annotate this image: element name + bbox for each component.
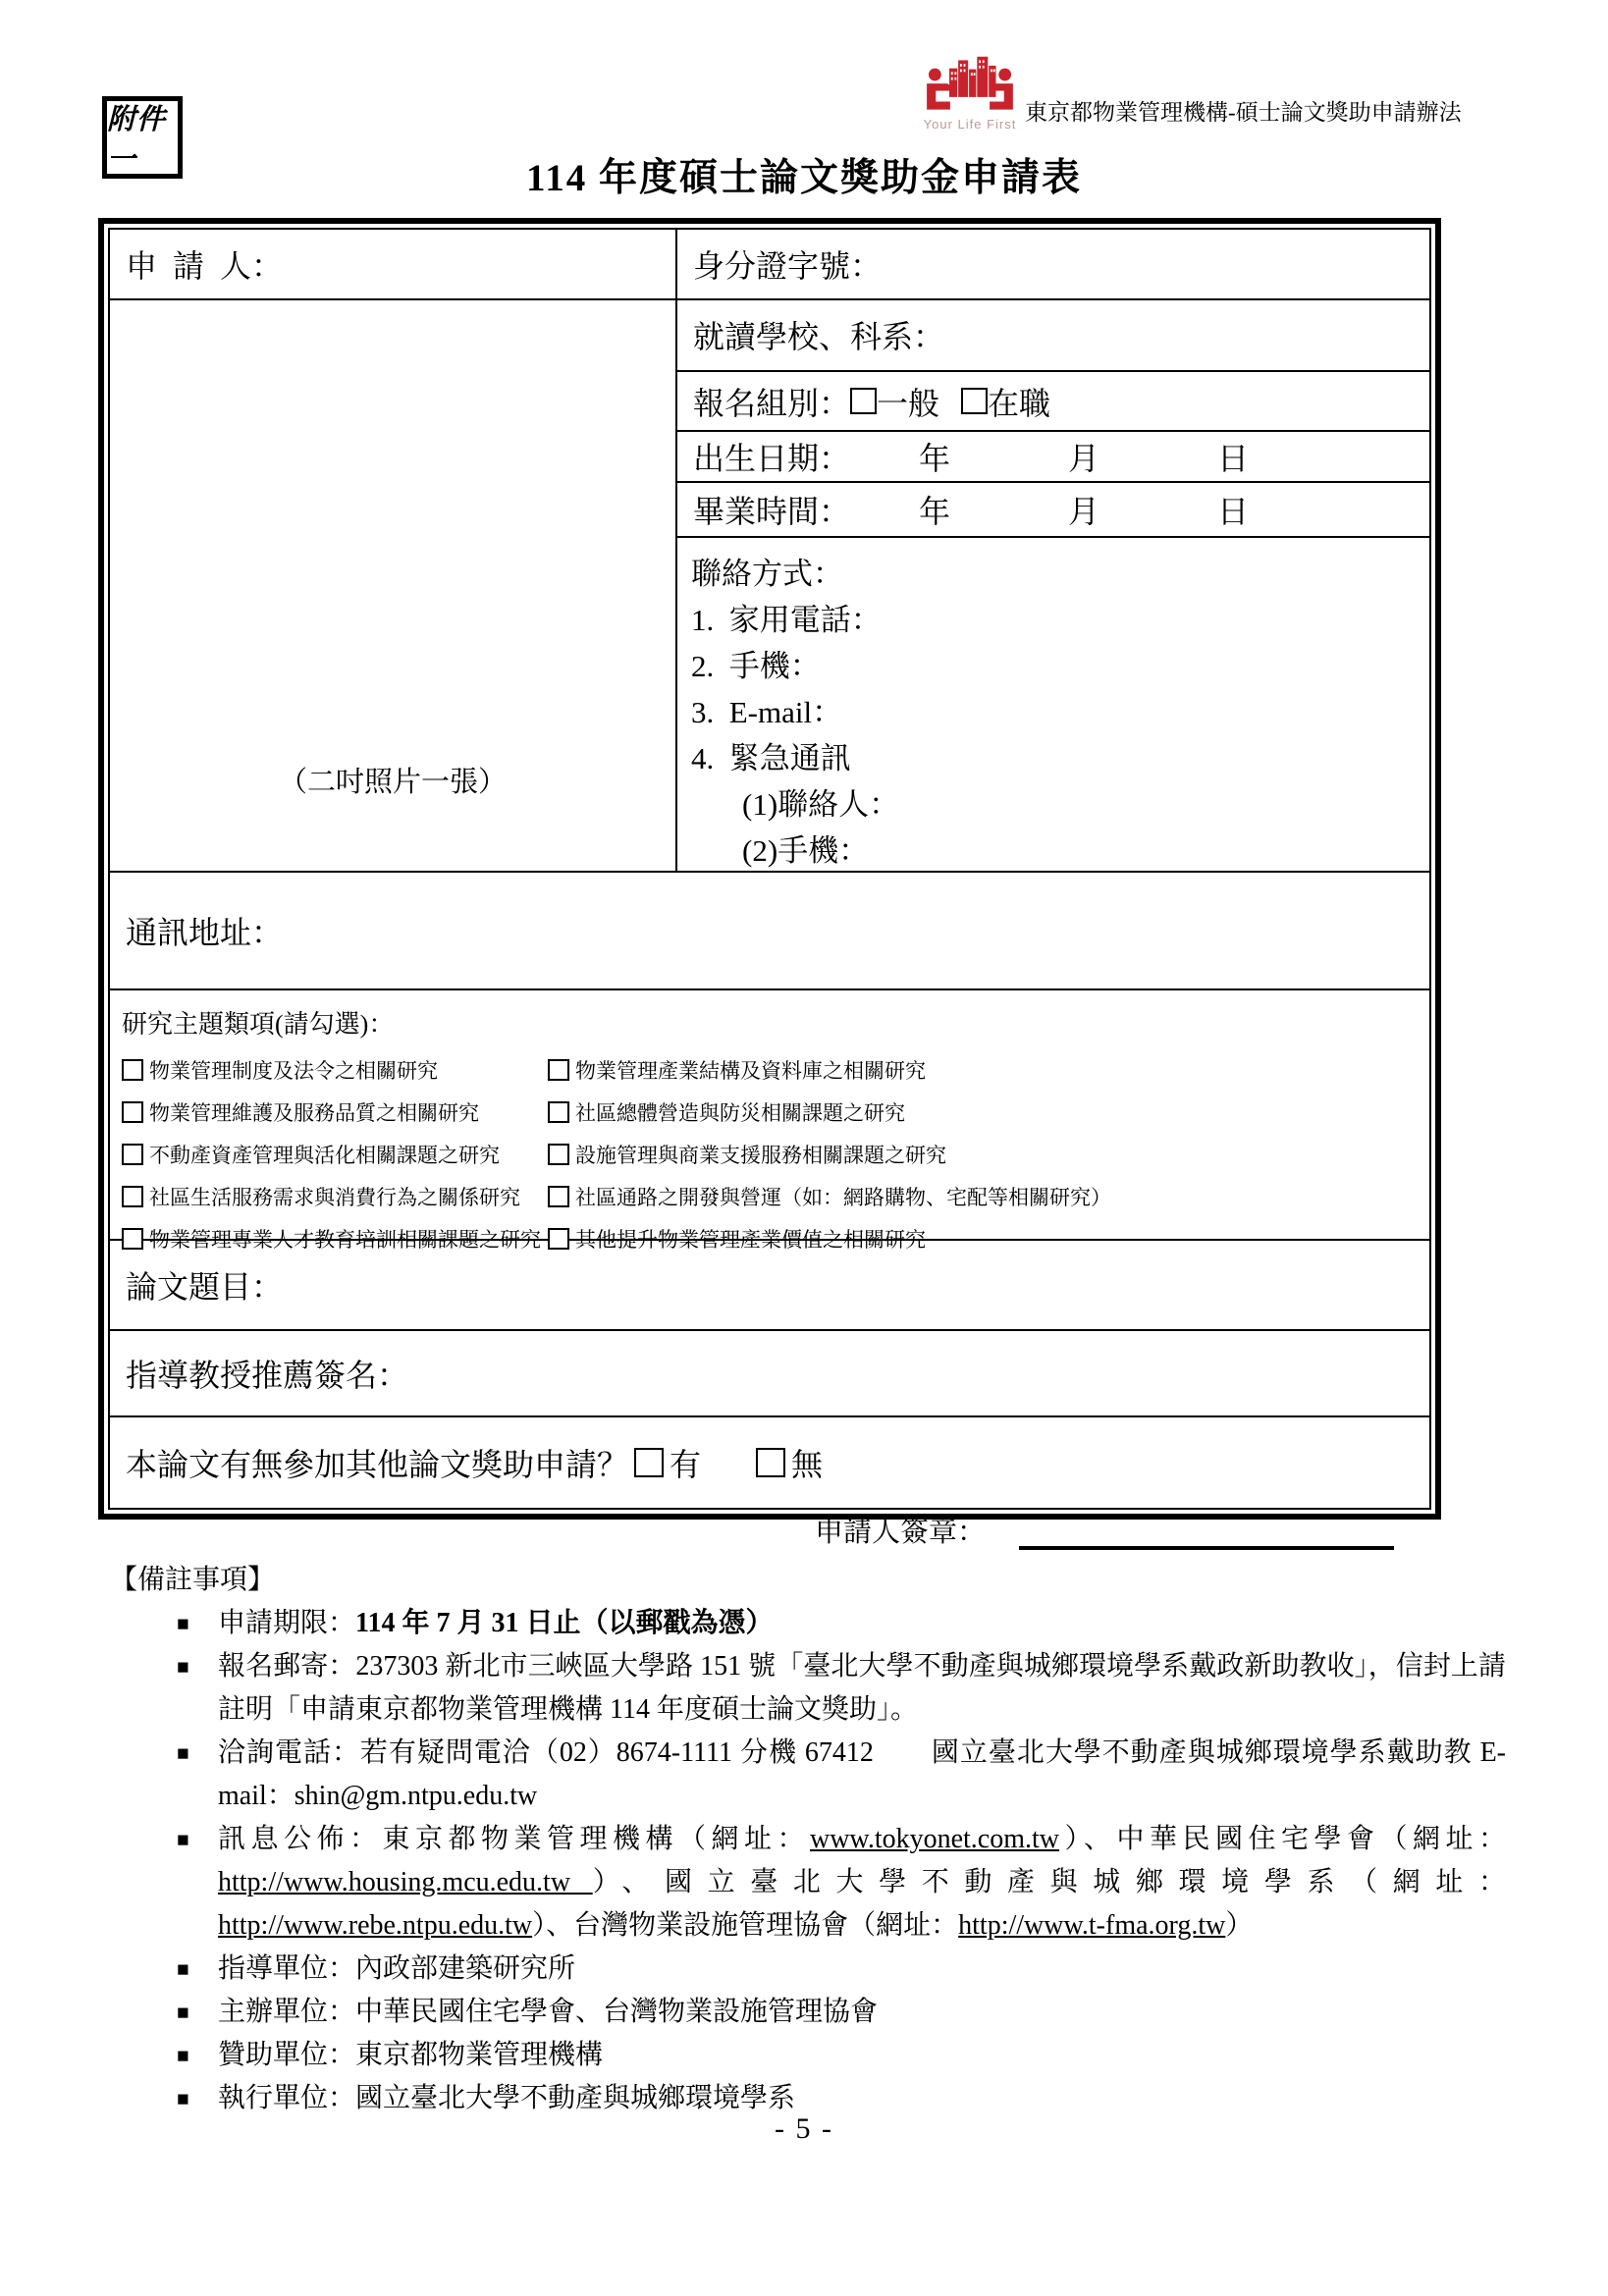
topic-label: 社區生活服務需求與消費行為之關係研究: [149, 1182, 520, 1211]
topic-label: 社區通路之開發與營運（如：網路購物、宅配等相關研究）: [575, 1182, 1111, 1211]
row-main: （二吋照片一張） 就讀學校、科系： 報名組別： 一般 在職 出生日期： 年 月: [110, 300, 1429, 873]
graduation-date-field[interactable]: 畢業時間： 年 月 日: [677, 483, 1429, 538]
topic-option: 設施管理與商業支援服務相關課題之研究: [548, 1140, 1429, 1169]
note-organizing-unit: ■主辦單位：中華民國住宅學會、台灣物業設施管理協會: [177, 1991, 1506, 2034]
note-text-segment: 訊息公佈：東京都物業管理機構（網址：: [218, 1824, 810, 1854]
graduation-label: 畢業時間：: [693, 487, 850, 532]
checkbox-no[interactable]: [756, 1448, 785, 1477]
day-unit: 日: [1217, 487, 1249, 532]
month-unit: 月: [1068, 434, 1099, 479]
note-text-segment: ）: [1225, 1910, 1253, 1941]
month-unit: 月: [1068, 487, 1099, 532]
contact-home-phone-field[interactable]: 1. 家用電話：: [691, 594, 1429, 640]
thesis-title-label: 論文題目：: [126, 1262, 283, 1308]
school-field[interactable]: 就讀學校、科系：: [677, 300, 1429, 372]
photo-note: （二吋照片一張）: [279, 760, 507, 800]
birth-date-label: 出生日期：: [693, 434, 850, 479]
no-label: 無: [791, 1440, 823, 1485]
row-applicant: 申 請 人： 身分證字號：: [110, 230, 1429, 300]
emergency-contact-mobile-field[interactable]: (2)手機：: [691, 825, 1429, 871]
contact-emergency-header: 4. 緊急通訊: [691, 732, 1429, 778]
bullet-square-icon: ■: [177, 2034, 189, 2077]
group-option-employed: 在職: [988, 379, 1050, 424]
year-unit: 年: [919, 487, 950, 532]
checkbox-topic[interactable]: [122, 1144, 143, 1165]
thesis-title-field[interactable]: 論文題目：: [110, 1241, 1429, 1331]
note-text-segment: 贊助單位：東京都物業管理機構: [218, 2040, 603, 2070]
bullet-square-icon: ■: [177, 1991, 189, 2034]
topic-label: 物業管理維護及服務品質之相關研究: [149, 1097, 479, 1127]
note-application-deadline: ■申請期限：114 年 7 月 31 日止（以郵戳為憑）: [177, 1602, 1506, 1645]
yes-label: 有: [670, 1440, 701, 1485]
checkbox-topic[interactable]: [122, 1101, 143, 1123]
day-unit: 日: [1217, 434, 1249, 479]
personal-info-stack: 就讀學校、科系： 報名組別： 一般 在職 出生日期： 年 月 日 畢業時間：: [677, 300, 1429, 871]
emergency-contact-name-field[interactable]: (1)聯絡人：: [691, 778, 1429, 825]
note-text-segment: 申請期限：: [218, 1608, 355, 1638]
topic-option: 社區通路之開發與營運（如：網路購物、宅配等相關研究）: [548, 1182, 1429, 1211]
bullet-square-icon: ■: [177, 1818, 189, 1861]
note-sponsoring-unit: ■贊助單位：東京都物業管理機構: [177, 2034, 1506, 2077]
advisor-signature-field[interactable]: 指導教授推薦簽名：: [110, 1331, 1429, 1417]
advisor-signature-label: 指導教授推薦簽名：: [126, 1351, 408, 1396]
topic-option: 物業管理維護及服務品質之相關研究: [122, 1097, 548, 1127]
note-text-segment: 執行單位：國立臺北大學不動產與城鄉環境學系: [218, 2083, 795, 2113]
topic-label: 物業管理產業結構及資料庫之相關研究: [575, 1055, 926, 1085]
applicant-field[interactable]: 申 請 人：: [110, 230, 677, 298]
school-label: 就讀學校、科系：: [693, 312, 944, 357]
birth-date-field[interactable]: 出生日期： 年 月 日: [677, 432, 1429, 483]
bullet-square-icon: ■: [177, 1602, 189, 1645]
contact-mobile-field[interactable]: 2. 手機：: [691, 640, 1429, 686]
checkbox-group-employed[interactable]: [961, 388, 988, 414]
note-text-segment: 114 年 7 月 31 日止（以郵戳為憑）: [355, 1608, 773, 1638]
applicant-signature-label: 申請人簽章：: [815, 1510, 986, 1550]
topic-option: 物業管理制度及法令之相關研究: [122, 1055, 548, 1085]
year-unit: 年: [919, 434, 950, 479]
other-grant-question-row: 本論文有無參加其他論文獎助申請？ 有 無: [110, 1417, 1429, 1508]
bullet-square-icon: ■: [177, 1732, 189, 1775]
topic-label: 物業管理制度及法令之相關研究: [149, 1055, 438, 1085]
bullet-square-icon: ■: [177, 1645, 189, 1688]
topic-option: 物業管理產業結構及資料庫之相關研究: [548, 1055, 1429, 1085]
id-number-label: 身分證字號：: [693, 241, 882, 287]
note-mailing-instructions: ■報名郵寄：237303 新北市三峽區大學路 151 號「臺北大學不動產與城鄉環…: [177, 1645, 1506, 1732]
contact-methods-cell: 聯絡方式： 1. 家用電話： 2. 手機： 3. E-mail： 4. 緊急通訊…: [677, 538, 1429, 871]
document-header-text: 東京都物業管理機構-碩士論文獎助申請辦法: [1025, 94, 1462, 127]
note-url-link[interactable]: http://www.t-fma.org.tw: [958, 1910, 1225, 1941]
signature-underline[interactable]: [1019, 1546, 1394, 1550]
research-topics-cell: 研究主題類項(請勾選)： 物業管理制度及法令之相關研究 物業管理產業結構及資料庫…: [110, 990, 1429, 1241]
group-field: 報名組別： 一般 在職: [677, 372, 1429, 433]
checkbox-topic[interactable]: [548, 1144, 569, 1165]
note-text-segment: 報名郵寄：237303 新北市三峽區大學路 151 號「臺北大學不動產與城鄉環境…: [218, 1651, 1506, 1725]
page-title: 114 年度碩士論文獎助金申請表: [0, 147, 1608, 202]
notes-header: 【備註事項】: [110, 1559, 1506, 1602]
checkbox-topic[interactable]: [122, 1059, 143, 1081]
checkbox-topic[interactable]: [122, 1186, 143, 1207]
applicant-label: 申 請 人：: [126, 241, 283, 287]
contact-header: 聯絡方式：: [691, 548, 1429, 594]
bullet-square-icon: ■: [177, 1948, 189, 1991]
organization-logo: Your Life First: [919, 54, 1021, 132]
id-number-field[interactable]: 身分證字號：: [677, 230, 1429, 298]
research-topics-header: 研究主題類項(請勾選)：: [122, 1004, 1429, 1041]
topic-label: 社區總體營造與防災相關課題之研究: [575, 1097, 905, 1127]
checkbox-yes[interactable]: [634, 1448, 664, 1477]
group-option-general: 一般: [877, 379, 939, 424]
photo-placeholder-cell: （二吋照片一張）: [110, 300, 677, 871]
note-inquiry-phone: ■洽詢電話：若有疑問電洽（02）8674-1111 分機 67412 國立臺北大…: [177, 1732, 1506, 1818]
topic-option: 社區總體營造與防災相關課題之研究: [548, 1097, 1429, 1127]
application-form-table: 申 請 人： 身分證字號： （二吋照片一張） 就讀學校、科系： 報名組別： 一般: [98, 218, 1441, 1520]
checkbox-topic[interactable]: [548, 1186, 569, 1207]
form-inner-border: 申 請 人： 身分證字號： （二吋照片一張） 就讀學校、科系： 報名組別： 一般: [108, 228, 1431, 1510]
note-url-link[interactable]: http://www.rebe.ntpu.edu.tw: [218, 1910, 532, 1941]
mailing-address-field[interactable]: 通訊地址：: [110, 873, 1429, 990]
note-text-segment: ）、國立臺北大學不動產與城鄉環境學系（網址：: [593, 1867, 1506, 1897]
topic-option: 社區生活服務需求與消費行為之關係研究: [122, 1182, 548, 1211]
note-announcement-websites: ■訊息公佈：東京都物業管理機構（網址：www.tokyonet.com.tw）、…: [177, 1818, 1506, 1948]
checkbox-topic[interactable]: [548, 1059, 569, 1081]
note-url-link[interactable]: www.tokyonet.com.tw: [810, 1824, 1059, 1854]
city-people-logo-icon: [924, 54, 1016, 117]
topic-option: 不動產資產管理與活化相關課題之研究: [122, 1140, 548, 1169]
page-number: - 5 -: [0, 2112, 1608, 2146]
checkbox-group-general[interactable]: [850, 388, 877, 414]
note-text-segment: 指導單位：內政部建築研究所: [218, 1953, 575, 1984]
topic-label: 不動產資產管理與活化相關課題之研究: [149, 1140, 500, 1169]
mailing-address-label: 通訊地址：: [126, 908, 283, 953]
note-text-segment: ）、台灣物業設施管理協會（網址：: [532, 1910, 958, 1941]
note-advising-unit: ■指導單位：內政部建築研究所: [177, 1948, 1506, 1991]
note-url-link[interactable]: http://www.housing.mcu.edu.tw: [218, 1867, 593, 1897]
research-topics-grid: 物業管理制度及法令之相關研究 物業管理產業結構及資料庫之相關研究 物業管理維護及…: [122, 1048, 1429, 1259]
contact-email-field[interactable]: 3. E-mail：: [691, 686, 1429, 732]
note-text-segment: 洽詢電話：若有疑問電洽（02）8674-1111 分機 67412 國立臺北大學…: [218, 1737, 1506, 1811]
note-text-segment: 主辦單位：中華民國住宅學會、台灣物業設施管理協會: [218, 1997, 878, 2027]
checkbox-topic[interactable]: [548, 1101, 569, 1123]
group-label: 報名組別：: [693, 379, 850, 424]
logo-tagline: Your Life First: [919, 117, 1021, 132]
topic-label: 設施管理與商業支援服務相關課題之研究: [575, 1140, 946, 1169]
notes-section: 【備註事項】 ■申請期限：114 年 7 月 31 日止（以郵戳為憑） ■報名郵…: [110, 1559, 1506, 2120]
note-text-segment: ）、中華民國住宅學會（網址：: [1059, 1824, 1506, 1854]
other-grant-question: 本論文有無參加其他論文獎助申請？: [126, 1440, 628, 1485]
